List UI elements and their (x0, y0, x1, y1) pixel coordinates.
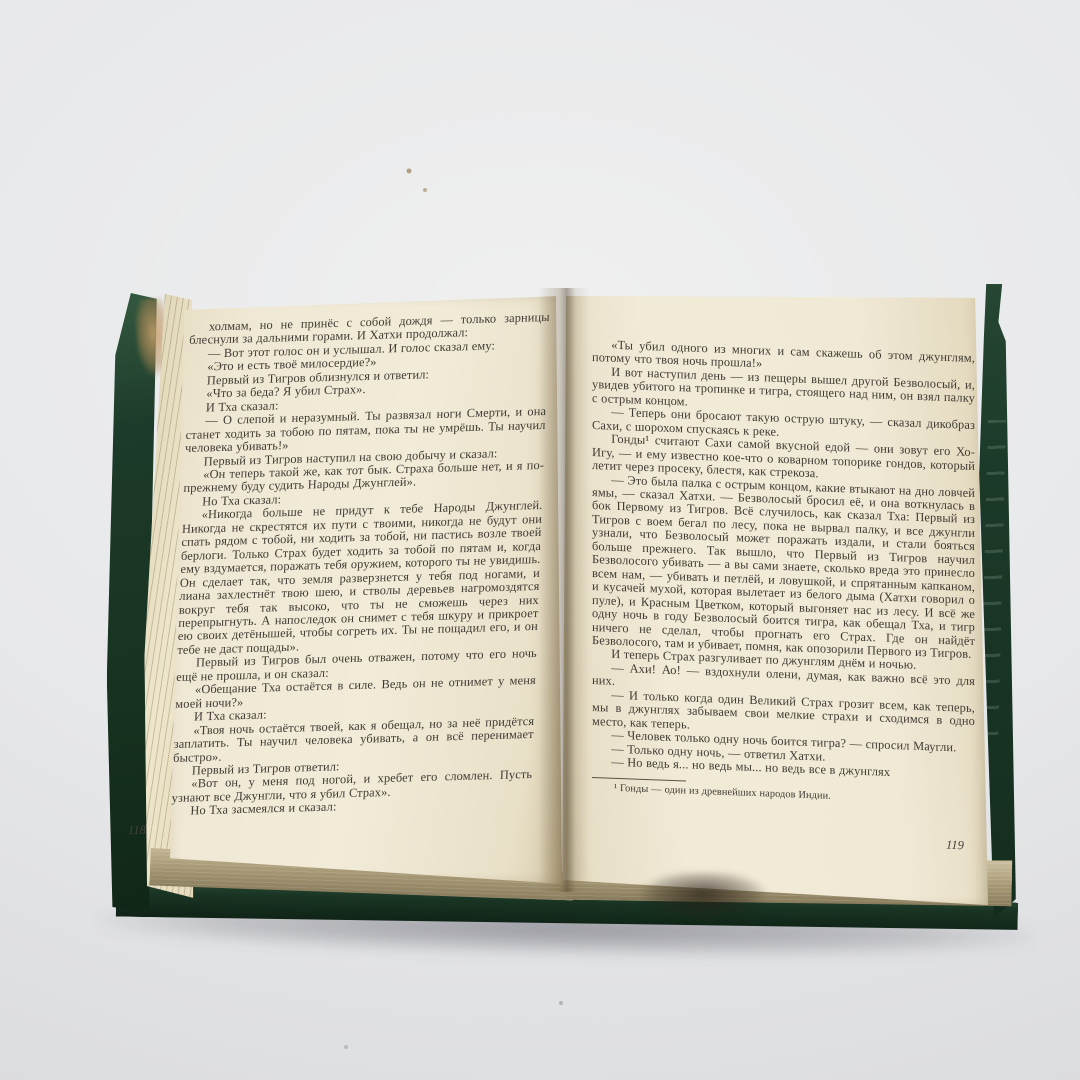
left-page-paragraphs: холмам, но не принёс с собой дождя — тол… (171, 311, 550, 819)
spine-shadow (628, 872, 778, 928)
footnote-rule (592, 777, 686, 781)
photo-scene: холмам, но не принёс с собой дождя — тол… (0, 0, 1080, 1080)
left-page-text: холмам, но не принёс с собой дождя — тол… (171, 311, 550, 819)
left-page-number: 118 (128, 823, 146, 838)
paragraph: «Никогда больше не придут к тебе Народы … (177, 499, 543, 657)
right-page-number: 119 (946, 838, 964, 853)
paragraph: — Это была палка с острым концом, какие … (592, 473, 975, 662)
dust-specks (0, 0, 2, 2)
right-page-paragraphs: «Ты убил одного из многих и сам скажешь … (592, 338, 975, 783)
right-page-text: «Ты убил одного из многих и сам скажешь … (592, 338, 975, 808)
